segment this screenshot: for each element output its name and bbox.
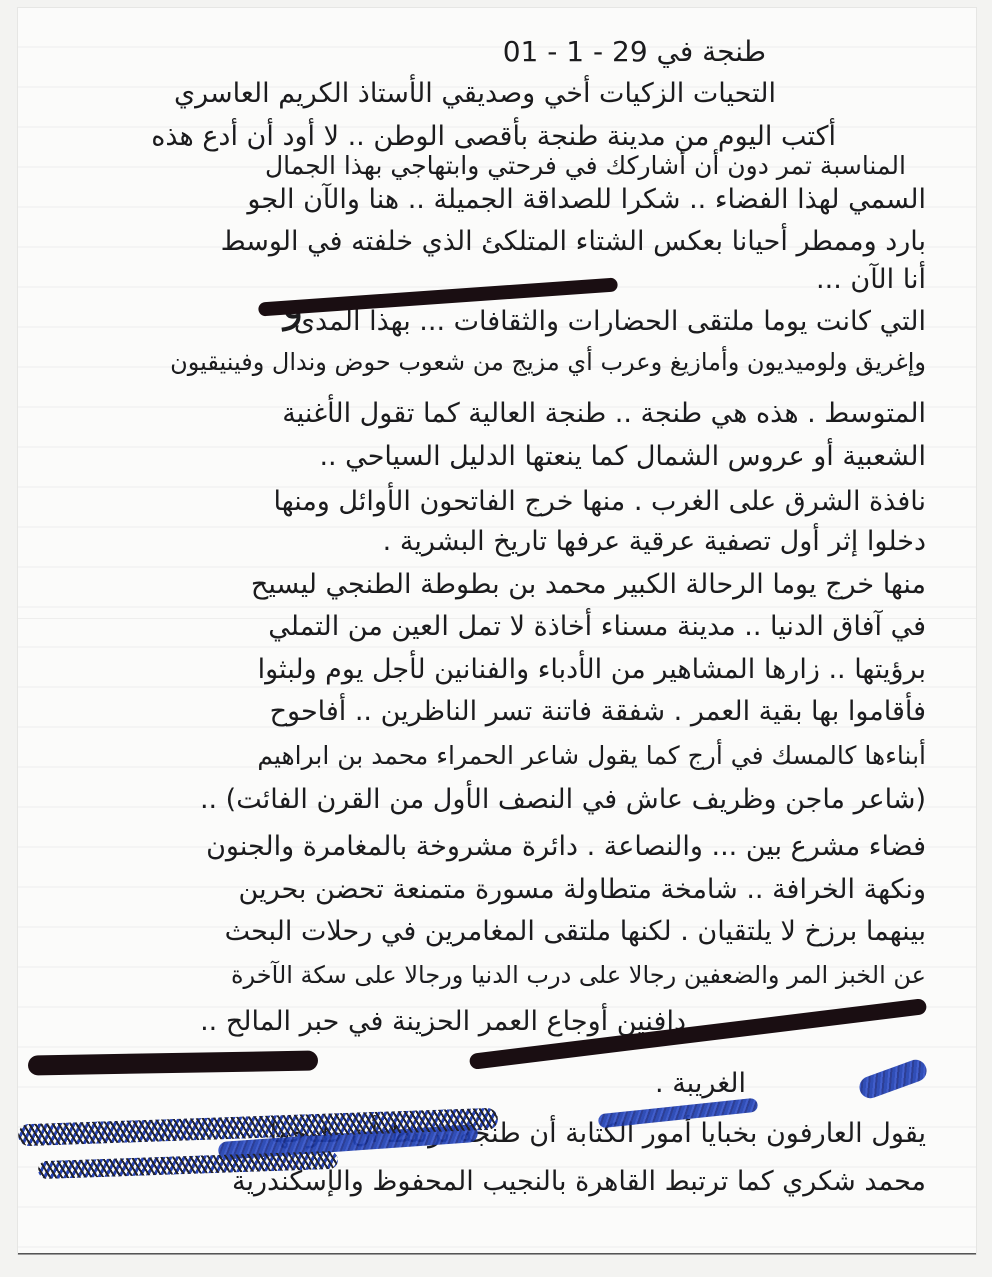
letter-line: أكتب اليوم من مدينة طنجة بأقصى الوطن .. … (151, 123, 836, 150)
letter-line: بينهما برزخ لا يلتقيان . لكنها ملتقى الم… (225, 918, 926, 945)
letter-line: فضاء مشرع بين ... والنصاعة . دائرة مشروخ… (206, 833, 926, 860)
letter-line: السمي لهذا الفضاء .. شكرا للصداقة الجميل… (247, 186, 926, 213)
letter-line: أبناءها كالمسك في أرج كما يقول شاعر الحم… (257, 743, 926, 768)
letter-line: الشعبية أو عروس الشمال كما ينعتها الدليل… (319, 443, 926, 470)
letter-line: (شاعر ماجن وظريف عاش في النصف الأول من ا… (200, 786, 926, 813)
letter-line: وإغريق ولوميديون وأمازيغ وعرب أي مزيج من… (170, 350, 926, 374)
greeting-line: التحيات الزكيات أخي وصديقي الأستاذ الكري… (174, 80, 776, 107)
letter-line: نافذة الشرق على الغرب . منها خرج الفاتحو… (274, 488, 926, 515)
letter-line: يقول العارفون بخبايا أمور الكتابة أن طنج… (270, 1120, 926, 1147)
strikethrough-scribble (28, 1050, 318, 1075)
letter-line: ونكهة الخرافة .. شامخة متطاولة مسورة متم… (239, 876, 926, 903)
letter-line: برؤيتها .. زارها المشاهير من الأدباء وال… (258, 656, 926, 683)
letter-line: الغريبة . (655, 1070, 746, 1097)
strikethrough-scribble (856, 1057, 929, 1102)
letter-line: عن الخبز المر والضعفين رجالا على درب الد… (231, 963, 926, 987)
letter-line: أنا الآن ... (816, 266, 926, 293)
letter-line: دخلوا إثر أول تصفية عرقية عرفها تاريخ ال… (383, 528, 926, 555)
letter-line: دافنين أوجاع العمر الحزينة في حبر المالح… (200, 1008, 686, 1035)
letter-line: محمد شكري كما ترتبط القاهرة بالنجيب المح… (232, 1168, 926, 1195)
letter-line: المناسبة تمر دون أن أشاركك في فرحتي وابت… (265, 153, 906, 178)
letter-line: بارد وممطر أحيانا بعكس الشتاء المتلكئ ال… (221, 228, 926, 255)
letter-line: منها خرج يوما الرحالة الكبير محمد بن بطو… (251, 571, 926, 598)
letter-line: فأقاموا بها بقية العمر . شفقة فاتنة تسر … (270, 698, 926, 725)
letter-line: المتوسط . هذه هي طنجة .. طنجة العالية كم… (282, 400, 926, 427)
letter-line: التي كانت يوما ملتقى الحضارات والثقافات … (294, 308, 926, 335)
letter-line: في آفاق الدنيا .. مدينة مسناء أخاذة لا ت… (268, 613, 926, 640)
letter-paper: طنجة في 29 - 1 - 01 التحيات الزكيات أخي … (18, 8, 976, 1254)
letter-date: طنجة في 29 - 1 - 01 (503, 38, 766, 66)
